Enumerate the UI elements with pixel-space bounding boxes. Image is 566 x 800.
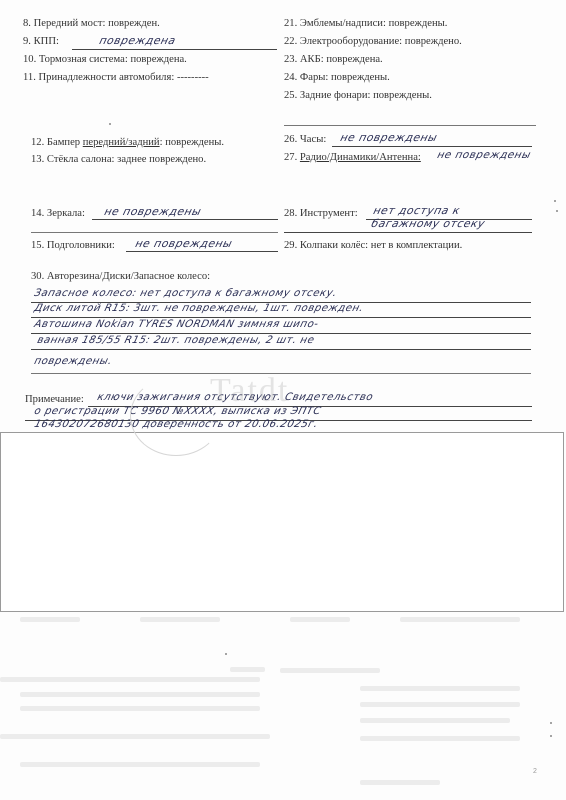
bleed-through [20,617,80,622]
page-number: 2 [533,768,537,775]
item-9: 9. КПП: [23,35,59,48]
note-label: Примечание: [25,393,84,406]
bleed-through [360,702,520,707]
item-25-extra-line [284,125,536,126]
item-14-field-line [92,219,278,220]
redacted-area [0,432,564,612]
item-9-handwritten: повреждена [98,34,177,47]
tires-handwritten-2: Диск литой R15: 3шт. не повреждены, 1шт.… [33,303,365,314]
item-27: 27. Радио/Динамики/Антенна: [284,151,421,164]
item-13: 13. Стёкла салона: заднее повреждено. [31,153,206,166]
tires-handwritten-4: ванная 185/55 R15: 2шт. повреждены, 2 шт… [36,335,316,346]
item-21: 21. Эмблемы/надписи: повреждены. [284,17,447,30]
item-15-field-line [126,251,278,252]
item-28-handwritten-cont: багажному отсеку [370,217,487,230]
item-14-handwritten: не повреждены [103,205,203,218]
item-15: 15. Подголовники: [31,239,115,252]
item-24: 24. Фары: повреждены. [284,71,390,84]
item-14: 14. Зеркала: [31,207,85,220]
tires-handwritten-1: Запасное колесо: нет доступа к багажному… [33,288,338,299]
tires-line-5 [31,373,531,374]
item-14-extra-line [31,232,278,233]
bleed-through [245,667,265,672]
speck [556,210,558,212]
item-10: 10. Тормозная система: повреждена. [23,53,187,66]
bleed-through [360,718,510,723]
tires-line-2 [31,317,531,318]
item-15-handwritten: не повреждены [134,237,234,250]
note-handwritten-3: 164302072680130 доверенность от 20.06.20… [33,419,319,430]
item-27-handwritten: не повреждены [436,149,532,161]
note-handwritten-1: ключи зажигания отсутствуют. Свидетельст… [96,392,374,403]
item-26-field-line [332,146,532,147]
item-23: 23. АКБ: повреждена. [284,53,383,66]
bleed-through [280,668,380,673]
bleed-through [0,677,260,682]
bleed-through [360,780,440,785]
item-26-handwritten: не повреждены [339,131,439,144]
bleed-through [140,617,220,622]
tires-line-4 [31,349,531,350]
item-12: 12. Бампер передний/задний: повреждены. [31,136,224,149]
bleed-through [20,706,260,711]
item-26: 26. Часы: [284,133,326,146]
document-page: 8. Передний мост: поврежден. 9. КПП: пов… [0,0,566,800]
speck [109,123,111,125]
item-11: 11. Принадлежности автомобиля: --------- [23,71,209,84]
item-9-field-line [72,49,277,50]
bleed-through [400,617,520,622]
note-handwritten-2: о регистрации ТС 9960 №XXXX, выписка из … [33,406,322,417]
tires-handwritten-3: Автошина Nokian TYRES NORDMAN зимняя шип… [33,319,320,330]
speck [225,653,227,655]
speck [550,722,552,724]
item-25: 25. Задние фонари: повреждены. [284,89,432,102]
tires-label: 30. Авторезина/Диски/Запасное колесо: [31,270,210,283]
item-28: 28. Инструмент: [284,207,358,220]
speck [550,735,552,737]
item-28-handwritten: нет доступа к [372,204,461,217]
bleed-through [360,736,520,741]
speck [554,200,556,202]
bleed-through [0,734,270,739]
bleed-through [290,617,350,622]
bleed-through [360,686,520,691]
item-8: 8. Передний мост: поврежден. [23,17,160,30]
watermark-text: Tatdt [210,372,289,410]
item-28-cont-line [284,232,532,233]
tires-handwritten-5: повреждены. [33,356,113,367]
bleed-through [20,692,260,697]
item-29: 29. Колпаки колёс: нет в комплектации. [284,239,462,252]
item-22: 22. Электрооборудование: повреждено. [284,35,462,48]
tires-line-3 [31,333,531,334]
bleed-through [20,762,260,767]
